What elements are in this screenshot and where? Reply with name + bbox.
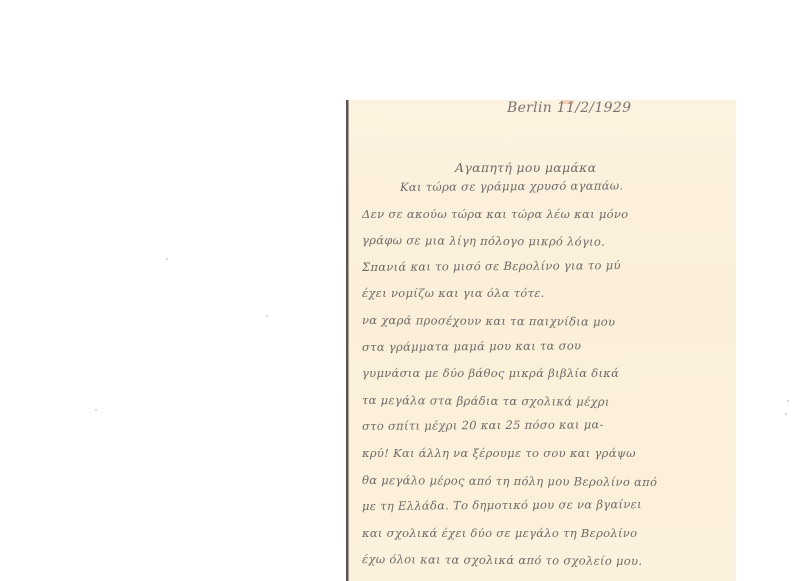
letter-line: κρύ! Και άλλη να ξέρουμε το σου και γράψ… xyxy=(362,446,732,460)
scan-speck xyxy=(266,315,268,317)
scan-speck xyxy=(787,400,789,402)
scan-speck xyxy=(166,258,168,260)
letter-line: γράφω σε μια λίγη πόλογο μικρό λόγιο. xyxy=(362,233,732,250)
letter-line: θα μεγάλο μέρος από τη πόλη μου Βερολίνο… xyxy=(362,473,732,490)
letter-line: Σπανιά και το μισό σε Βερολίνο για το μύ xyxy=(362,257,732,274)
letter-line: έχει νομίζω και για όλα τότε. xyxy=(362,286,732,300)
letter-line: στα γράμματα μαμά μου και τα σου xyxy=(362,337,732,354)
letter-dateline: Berlin 11/2/1929 xyxy=(507,100,631,116)
letter-line: γυμνάσια με δύο βάθος μικρά βιβλία δικά xyxy=(362,366,732,380)
letter-line: με τη Ελλάδα. Το δημοτικό μου σε να βγαί… xyxy=(362,497,732,514)
letter-line: Δεν σε ακούω τώρα και τώρα λέω και μόνο xyxy=(362,207,732,221)
scan-speck xyxy=(785,413,787,415)
letter-line: Και τώρα σε γράμμα χρυσό αγαπάω. xyxy=(400,177,770,194)
letter-line: τα μεγάλα στα βράδια τα σχολικά μέχρι xyxy=(362,393,732,410)
scan-speck xyxy=(95,409,97,411)
letter-line: να χαρά προσέχουν και τα παιχνίδια μου xyxy=(362,313,732,330)
letter-salutation: Αγαπητή μου μαμάκα xyxy=(455,160,596,175)
scanned-page: Berlin 11/2/1929 Αγαπητή μου μαμάκα Και … xyxy=(0,0,800,581)
letter-line: και σχολικά έχει δύο σε μεγάλο τη Βερολί… xyxy=(362,526,732,540)
